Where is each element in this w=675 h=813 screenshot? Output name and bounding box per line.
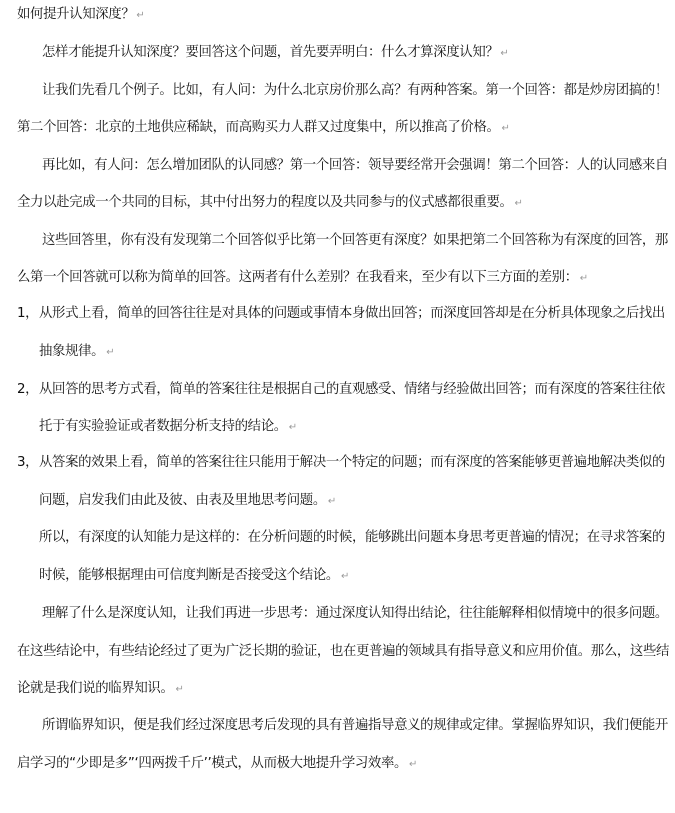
paragraph-line: 第二个回答：北京的土地供应稀缺，而高购买力人群又过度集中，所以推高了价格。↵	[17, 118, 510, 138]
list-item: 1，从形式上看，简单的回答往往是对具体的问题或事情本身做出回答；而深度回答却是在…	[17, 304, 665, 324]
paragraph-line: 理解了什么是深度认知，让我们再进一步思考：通过深度认知得出结论，往往能解释相似情…	[42, 604, 668, 624]
paragraph-line: 启学习的“少即是多”‘四两拨千斤’’模式，从而极大地提升学习效率。↵	[17, 754, 417, 774]
list-item: 2，从回答的思考方式看，简单的答案往往是根据自己的直观感受、情绪与经验做出回答；…	[17, 380, 665, 400]
paragraph-mark-icon: ↵	[106, 347, 114, 358]
paragraph-line: 论就是我们说的临界知识。↵	[17, 679, 184, 699]
list-item-continuation: 托于有实验验证或者数据分析支持的结论。↵	[39, 417, 297, 437]
paragraph-line: 全力以赴完成一个共同的目标，其中付出努力的程度以及共同参与的仪式感都很重要。↵	[17, 193, 523, 213]
list-item: 3，从答案的效果上看，简单的答案往往只能用于解决一个特定的问题；而有深度的答案能…	[17, 453, 665, 473]
paragraph-mark-icon: ↵	[502, 123, 510, 134]
paragraph-mark-icon: ↵	[500, 48, 508, 59]
list-number: 2，	[17, 380, 39, 400]
paragraph-line: 再比如，有人问：怎么增加团队的认同感？第一个回答：领导要经常开会强调！第二个回答…	[42, 156, 668, 176]
paragraph-mark-icon: ↵	[176, 684, 184, 695]
paragraph-mark-icon: ↵	[136, 10, 144, 21]
paragraph-mark-icon: ↵	[580, 273, 588, 284]
list-number: 3，	[17, 453, 39, 473]
paragraph-line: 时候，能够根据理由可信度判断是否接受这个结论。↵	[39, 566, 349, 586]
paragraph-mark-icon: ↵	[328, 496, 336, 507]
list-item-continuation: 问题，启发我们由此及彼、由表及里地思考问题。↵	[39, 491, 336, 511]
paragraph-line: 怎样才能提升认知深度？要回答这个问题，首先要弄明白：什么才算深度认知？↵	[42, 43, 508, 63]
paragraph-line: 么第一个回答就可以称为简单的回答。这两者有什么差别？在我看来，至少有以下三方面的…	[17, 268, 588, 288]
list-number: 1，	[17, 304, 39, 324]
paragraph-mark-icon: ↵	[409, 759, 417, 770]
paragraph-line: 在这些结论中，有些结论经过了更为广泛长期的验证，也在更普遍的领域具有指导意义和应…	[17, 642, 669, 662]
paragraph-mark-icon: ↵	[289, 422, 297, 433]
document-title: 如何提升认知深度？↵	[17, 5, 144, 25]
paragraph-line: 所以，有深度的认知能力是这样的：在分析问题的时候，能够跳出问题本身思考更普遍的情…	[39, 528, 665, 548]
paragraph-line: 让我们先看几个例子。比如，有人问：为什么北京房价那么高？有两种答案。第一个回答：…	[42, 81, 668, 101]
list-item-continuation: 抽象规律。↵	[39, 342, 114, 362]
document-page: 如何提升认知深度？↵ 怎样才能提升认知深度？要回答这个问题，首先要弄明白：什么才…	[0, 0, 675, 813]
paragraph-line: 这些回答里，你有没有发现第二个回答似乎比第一个回答更有深度？如果把第二个回答称为…	[42, 231, 668, 251]
paragraph-mark-icon: ↵	[515, 198, 523, 209]
paragraph-line: 所谓临界知识，便是我们经过深度思考后发现的具有普遍指导意义的规律或定律。掌握临界…	[42, 716, 668, 736]
paragraph-mark-icon: ↵	[341, 571, 349, 582]
